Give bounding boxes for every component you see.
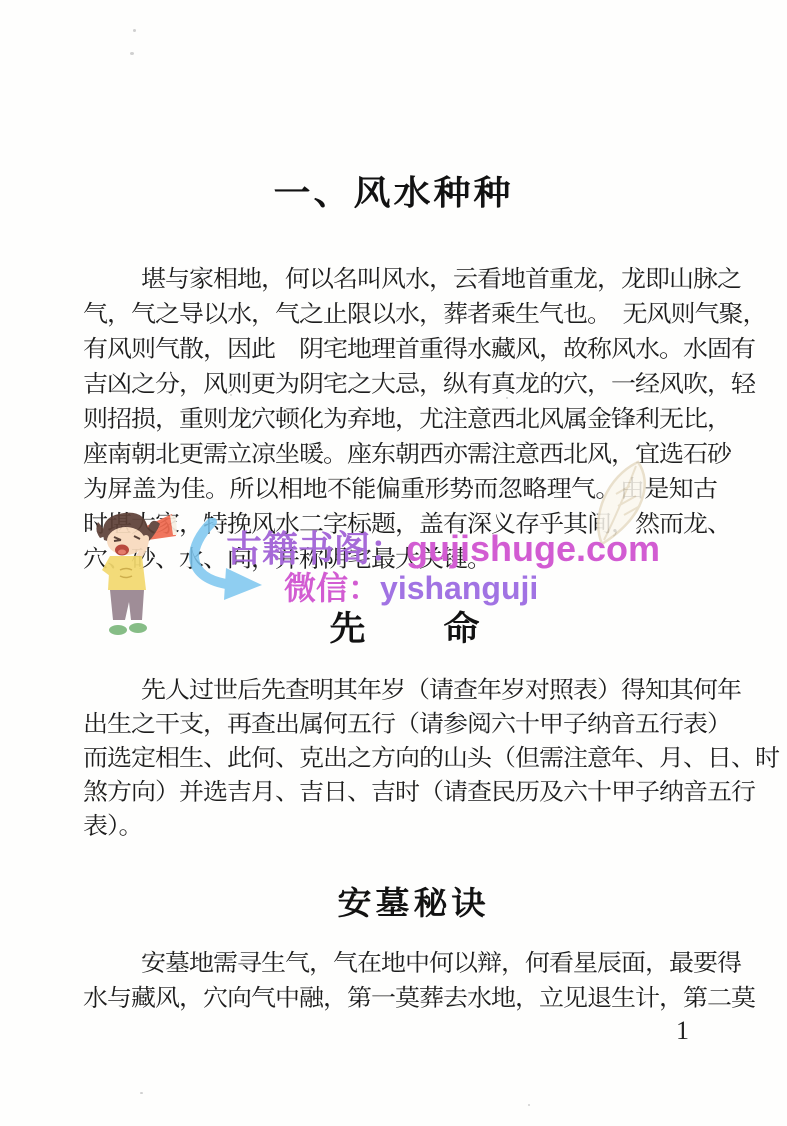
watermark-wechat-label: 微信： [284,570,380,606]
scan-speck [130,52,134,55]
section-heading-anmu: 安墓秘诀 [0,877,787,923]
text-line: 而选定相生、此何、克出之方向的山头（但需注意年、月、日、时 [83,743,717,775]
text-line: 吉凶之分，风则更为阴宅之大忌，纵有真龙的穴，一经风吹，轻 [83,368,717,401]
chapter-title: 一、风水种种 [0,165,787,215]
text-line: 水与藏风，穴向气中融，第一莫葬去水地，立见退生计，第二莫 [83,982,717,1015]
text-line: 出生之干支，再查出属何五行（请参阅六十甲子纳音五行表） [83,709,717,741]
section-heading-xianming: 先 命 [0,603,787,651]
paragraph-anmu: 安墓地需寻生气，气在地中何以辩，何看星辰面，最要得水与藏风，穴向气中融，第一莫葬… [83,946,717,1016]
text-line: 先人过世后先查明其年岁（请查年岁对照表）得知其何年 [83,675,717,707]
page-number: 1 [676,1016,689,1046]
text-line: 则招损，重则龙穴顿化为弃地，尤注意西北风属金锋利无比， [83,403,717,436]
watermark-wechat-id: yishanguji [380,570,538,606]
text-line: 气，气之导以水，气之止限以水，葬者乘生气也。 无风则气聚， [83,298,717,331]
scanned-book-page: 一、风水种种 堪与家相地，何以名叫风水，云看地首重龙，龙即山脉之气，气之导以水，… [0,0,787,1126]
text-line: 安墓地需寻生气，气在地中何以辩，何看星辰面，最要得 [83,947,717,980]
text-line: 有风则气散，因此 阴宅地理首重得水藏风，故称风水。水固有 [83,333,717,366]
text-line: 煞方向）并选吉月、吉日、吉时（请查民历及六十甲子纳音五行 [83,777,717,809]
text-line: 表）。 [83,811,717,843]
scan-speck [528,1104,530,1106]
scan-speck [133,29,136,32]
scan-speck [140,1092,143,1094]
text-line: 堪与家相地，何以名叫风水，云看地首重龙，龙即山脉之 [83,263,717,296]
paragraph-xianming: 先人过世后先查明其年岁（请查年岁对照表）得知其何年出生之干支，再查出属何五行（请… [83,674,717,844]
